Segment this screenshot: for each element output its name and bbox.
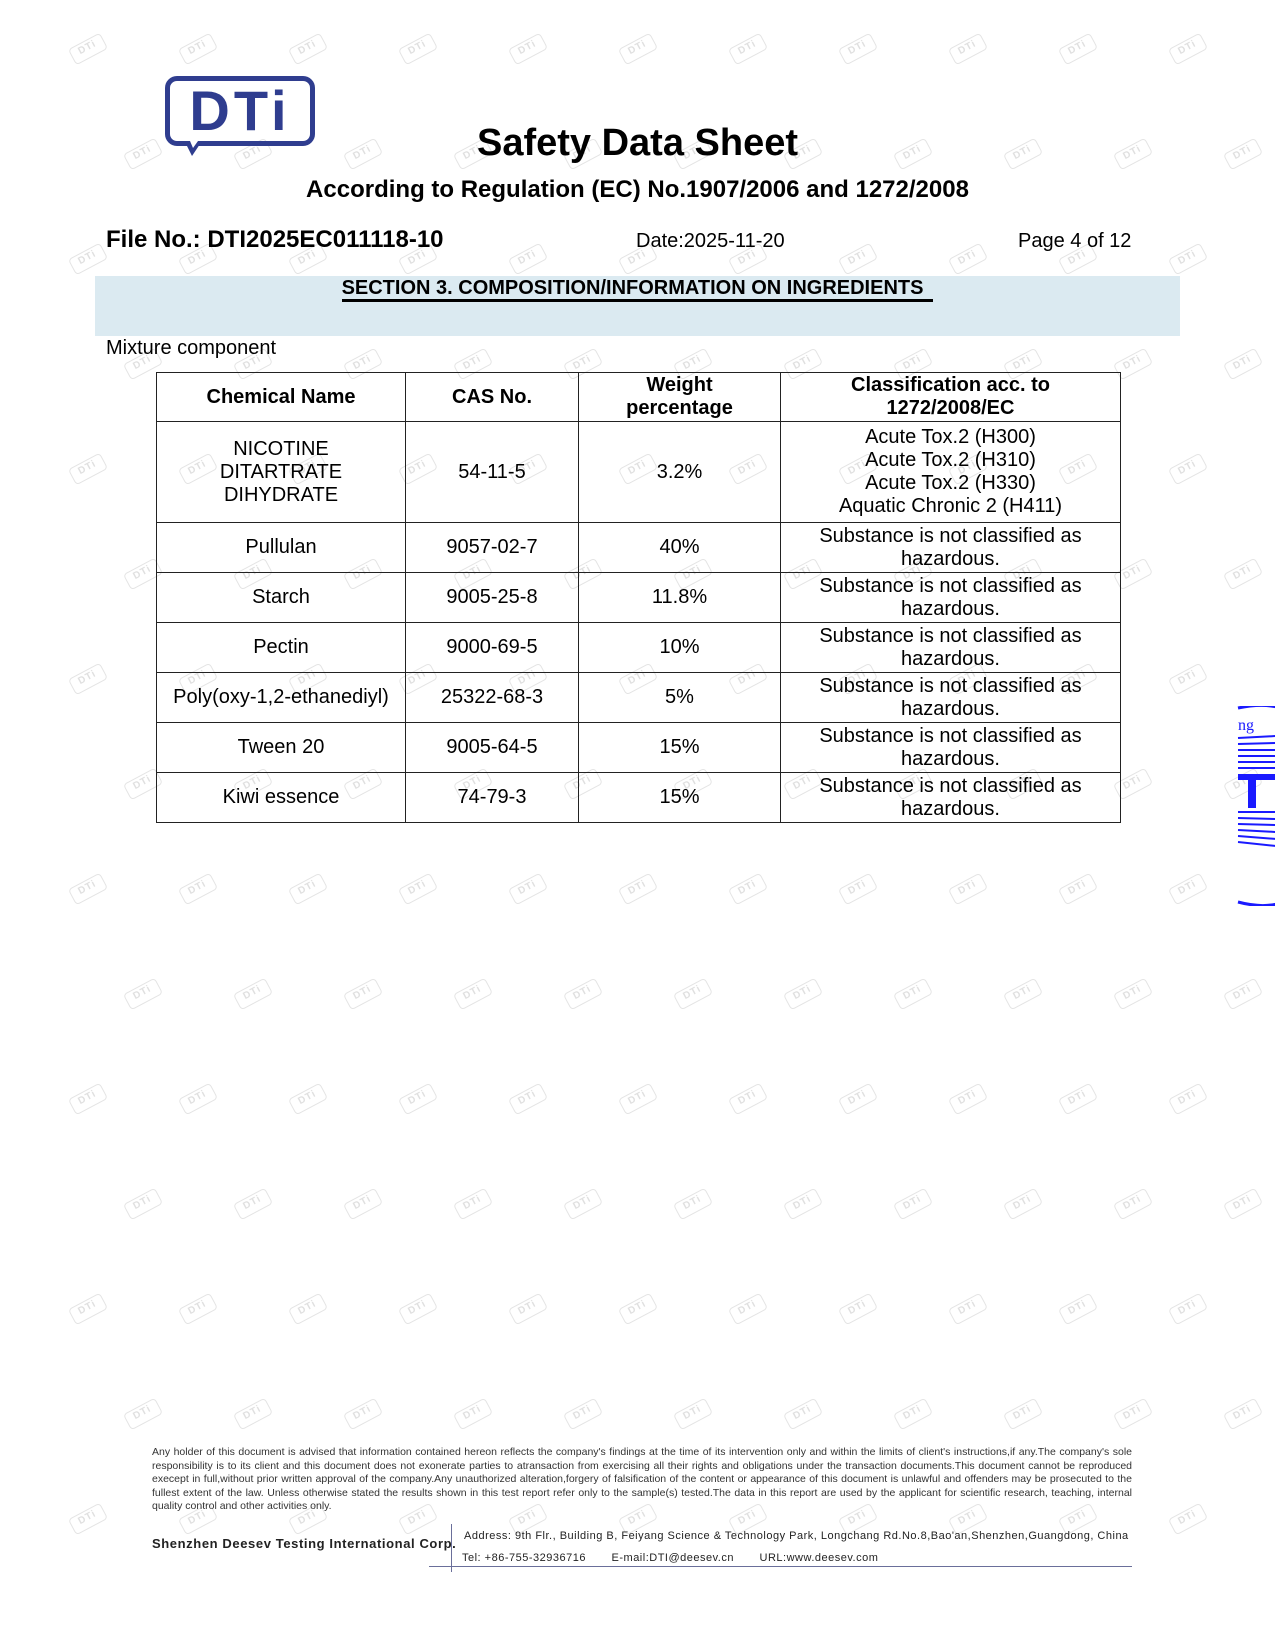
watermark-mark: DTi: [288, 1083, 328, 1116]
table-body: NICOTINEDITARTRATEDIHYDRATE54-11-53.2%Ac…: [157, 422, 1121, 823]
watermark-mark: DTi: [783, 1188, 823, 1221]
chemical-name-cell: Starch: [157, 573, 406, 623]
classification-line: Aquatic Chronic 2 (H411): [783, 495, 1118, 518]
watermark-mark: DTi: [68, 663, 108, 696]
classification-cell: Substance is not classified ashazardous.: [781, 673, 1121, 723]
watermark-mark: DTi: [783, 978, 823, 1011]
company-name: Shenzhen Deesev Testing International Co…: [152, 1536, 456, 1551]
watermark-mark: DTi: [948, 873, 988, 906]
watermark-mark: DTi: [728, 33, 768, 66]
watermark-mark: DTi: [398, 1083, 438, 1116]
weight-percentage-cell: 40%: [579, 523, 781, 573]
table-row: NICOTINEDITARTRATEDIHYDRATE54-11-53.2%Ac…: [157, 422, 1121, 523]
weight-percentage-cell: 11.8%: [579, 573, 781, 623]
watermark-mark: DTi: [508, 1293, 548, 1326]
header-chemical-name: Chemical Name: [157, 373, 406, 422]
watermark-mark: DTi: [123, 1188, 163, 1221]
watermark-mark: DTi: [948, 1293, 988, 1326]
classification-line: Acute Tox.2 (H310): [783, 449, 1118, 472]
watermark-mark: DTi: [68, 1293, 108, 1326]
watermark-mark: DTi: [618, 33, 658, 66]
watermark-mark: DTi: [288, 1293, 328, 1326]
watermark-mark: DTi: [673, 1398, 713, 1431]
table-row: Pullulan9057-02-740%Substance is not cla…: [157, 523, 1121, 573]
chemical-name-cell: Pullulan: [157, 523, 406, 573]
watermark-mark: DTi: [343, 978, 383, 1011]
watermark-mark: DTi: [453, 1398, 493, 1431]
watermark-mark: DTi: [838, 873, 878, 906]
watermark-mark: DTi: [893, 978, 933, 1011]
regulation-subtitle: According to Regulation (EC) No.1907/200…: [0, 176, 1275, 204]
legal-disclaimer: Any holder of this document is advised t…: [152, 1446, 1132, 1514]
classification-line: Acute Tox.2 (H300): [783, 426, 1118, 449]
table-header-row: Chemical Name CAS No. Weightpercentage C…: [157, 373, 1121, 422]
table-row: Kiwi essence74-79-315%Substance is not c…: [157, 773, 1121, 823]
company-url[interactable]: URL:www.deesev.com: [760, 1552, 879, 1564]
watermark-mark: DTi: [1113, 1188, 1153, 1221]
watermark-mark: DTi: [123, 978, 163, 1011]
watermark-mark: DTi: [563, 978, 603, 1011]
chemical-name-cell: Tween 20: [157, 723, 406, 773]
watermark-mark: DTi: [398, 873, 438, 906]
cas-number-cell: 9000-69-5: [406, 623, 579, 673]
header-weight-percentage: Weightpercentage: [579, 373, 781, 422]
watermark-mark: DTi: [68, 1083, 108, 1116]
watermark-mark: DTi: [1058, 1083, 1098, 1116]
watermark-mark: DTi: [673, 1188, 713, 1221]
section-heading: SECTION 3. COMPOSITION/INFORMATION ON IN…: [0, 277, 1275, 300]
watermark-mark: DTi: [618, 1293, 658, 1326]
cas-number-cell: 9057-02-7: [406, 523, 579, 573]
watermark-mark: DTi: [398, 1293, 438, 1326]
company-email[interactable]: E-mail:DTI@deesev.cn: [612, 1552, 734, 1564]
svg-text:ng: ng: [1238, 717, 1254, 734]
header-cas-no: CAS No.: [406, 373, 579, 422]
watermark-mark: DTi: [893, 1398, 933, 1431]
file-number: File No.: DTI2025EC011118-10: [106, 226, 444, 254]
watermark-mark: DTi: [1223, 348, 1263, 381]
company-tel: Tel: +86-755-32936716: [462, 1552, 586, 1564]
page-number: Page 4 of 12: [1018, 230, 1131, 253]
watermark-mark: DTi: [1058, 1293, 1098, 1326]
table-row: Pectin9000-69-510%Substance is not class…: [157, 623, 1121, 673]
watermark-mark: DTi: [948, 243, 988, 276]
watermark-mark: DTi: [618, 873, 658, 906]
footer-divider-vertical: [451, 1524, 452, 1572]
watermark-mark: DTi: [123, 1398, 163, 1431]
watermark-mark: DTi: [508, 873, 548, 906]
footer-divider-horizontal: [429, 1566, 1132, 1567]
watermark-mark: DTi: [1113, 1398, 1153, 1431]
watermark-mark: DTi: [563, 1398, 603, 1431]
cas-number-cell: 9005-25-8: [406, 573, 579, 623]
watermark-mark: DTi: [508, 243, 548, 276]
watermark-mark: DTi: [1168, 453, 1208, 486]
weight-percentage-cell: 5%: [579, 673, 781, 723]
watermark-mark: DTi: [838, 33, 878, 66]
mixture-component-label: Mixture component: [106, 337, 276, 360]
watermark-mark: DTi: [288, 873, 328, 906]
watermark-mark: DTi: [948, 33, 988, 66]
classification-cell: Acute Tox.2 (H300)Acute Tox.2 (H310)Acut…: [781, 422, 1121, 523]
watermark-mark: DTi: [233, 1398, 273, 1431]
watermark-mark: DTi: [1003, 1188, 1043, 1221]
document-date: Date:2025-11-20: [636, 230, 785, 253]
cas-number-cell: 25322-68-3: [406, 673, 579, 723]
cas-number-cell: 54-11-5: [406, 422, 579, 523]
watermark-mark: DTi: [1168, 873, 1208, 906]
watermark-mark: DTi: [1168, 1503, 1208, 1536]
watermark-mark: DTi: [948, 1083, 988, 1116]
classification-cell: Substance is not classified ashazardous.: [781, 523, 1121, 573]
classification-cell: Substance is not classified ashazardous.: [781, 723, 1121, 773]
watermark-mark: DTi: [1223, 978, 1263, 1011]
classification-cell: Substance is not classified ashazardous.: [781, 623, 1121, 673]
watermark-mark: DTi: [728, 1083, 768, 1116]
watermark-mark: DTi: [508, 33, 548, 66]
watermark-mark: DTi: [783, 1398, 823, 1431]
weight-percentage-cell: 3.2%: [579, 422, 781, 523]
watermark-mark: DTi: [178, 1293, 218, 1326]
watermark-mark: DTi: [838, 1083, 878, 1116]
watermark-mark: DTi: [1003, 1398, 1043, 1431]
table-row: Starch9005-25-811.8%Substance is not cla…: [157, 573, 1121, 623]
watermark-mark: DTi: [178, 33, 218, 66]
watermark-mark: DTi: [68, 873, 108, 906]
classification-line: Acute Tox.2 (H330): [783, 472, 1118, 495]
watermark-mark: DTi: [893, 1188, 933, 1221]
watermark-mark: DTi: [343, 1398, 383, 1431]
watermark-mark: DTi: [1168, 1083, 1208, 1116]
chemical-name-cell: Pectin: [157, 623, 406, 673]
classification-cell: Substance is not classified ashazardous.: [781, 773, 1121, 823]
watermark-mark: DTi: [728, 873, 768, 906]
header-classification: Classification acc. to1272/2008/EC: [781, 373, 1121, 422]
company-address: Address: 9th Flr., Building B, Feiyang S…: [464, 1530, 1129, 1542]
watermark-mark: DTi: [1223, 1188, 1263, 1221]
watermark-mark: DTi: [838, 1293, 878, 1326]
watermark-mark: DTi: [1003, 978, 1043, 1011]
cas-number-cell: 9005-64-5: [406, 723, 579, 773]
watermark-mark: DTi: [453, 1188, 493, 1221]
document-title: Safety Data Sheet: [0, 122, 1275, 165]
watermark-mark: DTi: [178, 1083, 218, 1116]
watermark-mark: DTi: [728, 1293, 768, 1326]
watermark-mark: DTi: [1168, 663, 1208, 696]
watermark-mark: DTi: [1223, 1398, 1263, 1431]
watermark-mark: DTi: [563, 1188, 603, 1221]
company-contact: Tel: +86-755-32936716 E-mail:DTI@deesev.…: [462, 1552, 900, 1564]
watermark-mark: DTi: [68, 33, 108, 66]
watermark-mark: DTi: [1058, 33, 1098, 66]
chemical-name-cell: NICOTINEDITARTRATEDIHYDRATE: [157, 422, 406, 523]
company-stamp-icon: ng: [1236, 706, 1275, 906]
weight-percentage-cell: 15%: [579, 773, 781, 823]
watermark-mark: DTi: [453, 978, 493, 1011]
watermark-mark: DTi: [1223, 558, 1263, 591]
chemical-name-cell: Kiwi essence: [157, 773, 406, 823]
watermark-mark: DTi: [288, 33, 328, 66]
watermark-mark: DTi: [673, 978, 713, 1011]
watermark-mark: DTi: [398, 33, 438, 66]
watermark-mark: DTi: [1168, 33, 1208, 66]
watermark-mark: DTi: [838, 243, 878, 276]
watermark-mark: DTi: [68, 1503, 108, 1536]
section-title-text: SECTION 3. COMPOSITION/INFORMATION ON IN…: [342, 277, 934, 302]
classification-cell: Substance is not classified ashazardous.: [781, 573, 1121, 623]
watermark-mark: DTi: [1058, 873, 1098, 906]
weight-percentage-cell: 15%: [579, 723, 781, 773]
watermark-mark: DTi: [178, 873, 218, 906]
watermark-mark: DTi: [233, 978, 273, 1011]
watermark-mark: DTi: [618, 1083, 658, 1116]
table-row: Poly(oxy-1,2-ethanediyl)25322-68-35%Subs…: [157, 673, 1121, 723]
cas-number-cell: 74-79-3: [406, 773, 579, 823]
watermark-mark: DTi: [68, 453, 108, 486]
watermark-mark: DTi: [508, 1083, 548, 1116]
weight-percentage-cell: 10%: [579, 623, 781, 673]
watermark-mark: DTi: [233, 1188, 273, 1221]
table-row: Tween 209005-64-515%Substance is not cla…: [157, 723, 1121, 773]
watermark-mark: DTi: [1113, 978, 1153, 1011]
watermark-mark: DTi: [343, 1188, 383, 1221]
watermark-mark: DTi: [68, 243, 108, 276]
watermark-mark: DTi: [1168, 1293, 1208, 1326]
chemical-name-cell: Poly(oxy-1,2-ethanediyl): [157, 673, 406, 723]
composition-table: Chemical Name CAS No. Weightpercentage C…: [156, 372, 1121, 823]
watermark-mark: DTi: [1168, 243, 1208, 276]
